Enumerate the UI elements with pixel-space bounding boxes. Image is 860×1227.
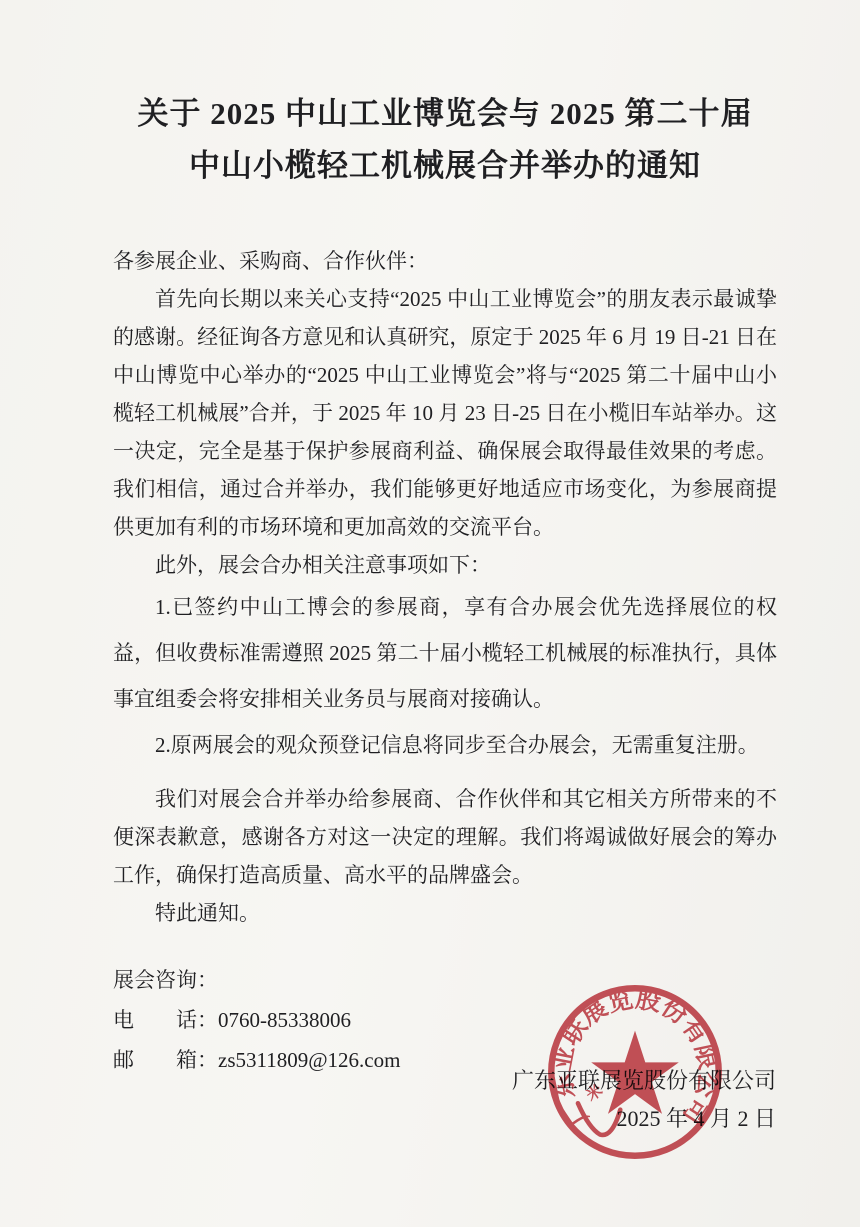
note-item-1: 1.已签约中山工博会的参展商，享有合办展会优先选择展位的权益，但收费标准需遵照 … xyxy=(113,584,777,722)
notice-title: 关于 2025 中山工业博览会与 2025 第二十届 中山小榄轻工机械展合并举办… xyxy=(113,88,777,192)
scanned-notice-page: 关于 2025 中山工业博览会与 2025 第二十届 中山小榄轻工机械展合并举办… xyxy=(0,0,860,1227)
notice-content: 关于 2025 中山工业博览会与 2025 第二十届 中山小榄轻工机械展合并举办… xyxy=(113,88,777,1080)
body-paragraph-1: 首先向长期以来关心支持“2025 中山工业博览会”的朋友表示最诚挚的感谢。经征询… xyxy=(113,280,777,546)
phone-label: 电 话： xyxy=(113,1008,218,1032)
closing-paragraph: 我们对展会合并举办给参展商、合作伙伴和其它相关方所带来的不便深表歉意，感谢各方对… xyxy=(113,780,777,894)
notice-title-line-2: 中山小榄轻工机械展合并举办的通知 xyxy=(113,140,777,192)
notes-intro: 此外，展会合办相关注意事项如下： xyxy=(113,546,777,584)
email-value: zs5311809@126.com xyxy=(218,1048,400,1072)
notice-title-line-1: 关于 2025 中山工业博览会与 2025 第二十届 xyxy=(113,88,777,140)
contact-heading: 展会咨询： xyxy=(113,960,777,1000)
email-label: 邮 箱： xyxy=(113,1048,218,1072)
signature-block: 广东亚联展览股份有限公司 2025 年 4 月 2 日 xyxy=(512,1062,776,1138)
salutation: 各参展企业、采购商、合作伙伴： xyxy=(113,242,777,280)
contact-phone-line: 电 话：0760-85338006 xyxy=(113,1000,777,1040)
signature-date: 2025 年 4 月 2 日 xyxy=(512,1100,776,1138)
signature-company: 广东亚联展览股份有限公司 xyxy=(512,1062,776,1100)
phone-value: 0760-85338006 xyxy=(218,1008,351,1032)
note-item-2: 2.原两展会的观众预登记信息将同步至合办展会，无需重复注册。 xyxy=(113,722,777,768)
final-note: 特此通知。 xyxy=(113,894,777,932)
